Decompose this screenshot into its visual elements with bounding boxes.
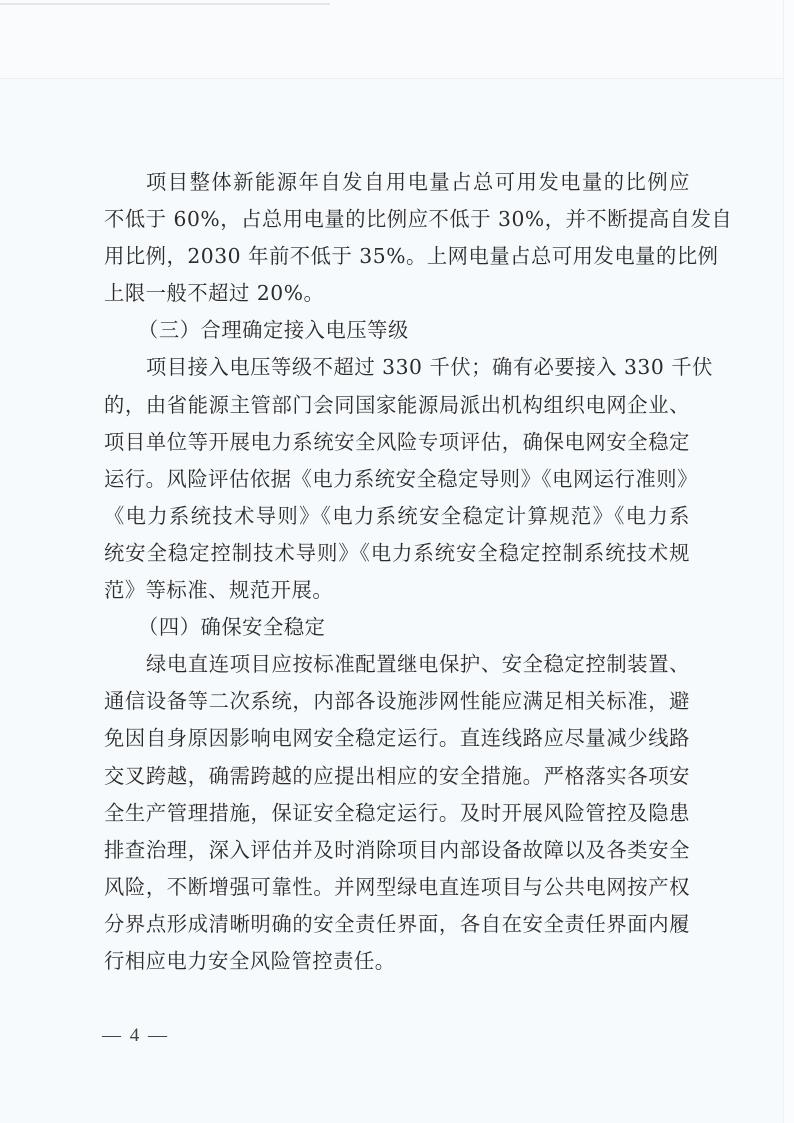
text-line: 通信设备等二次系统，内部各设施涉网性能应满足相关标准，避 bbox=[104, 683, 690, 720]
text-line: 交叉跨越，确需跨越的应提出相应的安全措施。严格落实各项安 bbox=[104, 758, 690, 795]
heading-text: （三）合理确定接入电压等级 bbox=[104, 312, 690, 349]
text-line: 免因自身原因影响电网安全稳定运行。直连线路应尽量减少线路 bbox=[104, 720, 690, 757]
text-line: 分界点形成清晰明确的安全责任界面，各自在安全责任界面内履 bbox=[104, 906, 690, 943]
text-line: 上限一般不超过 20%。 bbox=[104, 275, 690, 312]
text-line: 全生产管理措施，保证安全稳定运行。及时开展风险管控及隐患 bbox=[104, 795, 690, 832]
text-line: 运行。风险评估依据《电力系统安全稳定导则》《电网运行准则》 bbox=[104, 461, 690, 498]
text-line: 项目接入电压等级不超过 330 千伏；确有必要接入 330 千伏 bbox=[104, 349, 690, 386]
section-heading-voltage-level: （三）合理确定接入电压等级 bbox=[104, 312, 690, 349]
page-right-edge bbox=[783, 0, 794, 1123]
section-heading-safety-stability: （四）确保安全稳定 bbox=[104, 609, 690, 646]
text-line: 《电力系统技术导则》《电力系统安全稳定计算规范》《电力系 bbox=[104, 498, 690, 535]
text-line: 统安全稳定控制技术导则》《电力系统安全稳定控制系统技术规 bbox=[104, 535, 690, 572]
text-line: 排查治理，深入评估并及时消除项目内部设备故障以及各类安全 bbox=[104, 832, 690, 869]
text-line: 项目单位等开展电力系统安全风险专项评估，确保电网安全稳定 bbox=[104, 424, 690, 461]
text-line: 的，由省能源主管部门会同国家能源局派出机构组织电网企业、 bbox=[104, 387, 690, 424]
text-line: 不低于 60%，占总用电量的比例应不低于 30%，并不断提高自发自 bbox=[104, 201, 690, 238]
page-number: — 4 — bbox=[102, 1025, 169, 1047]
heading-text: （四）确保安全稳定 bbox=[104, 609, 690, 646]
text-line: 绿电直连项目应按标准配置继电保护、安全稳定控制装置、 bbox=[104, 646, 690, 683]
text-line: 项目整体新能源年自发自用电量占总可用发电量的比例应 bbox=[104, 164, 690, 201]
text-line: 用比例，2030 年前不低于 35%。上网电量占总可用发电量的比例 bbox=[104, 238, 690, 275]
page-top-margin bbox=[0, 0, 794, 79]
paragraph-self-consumption-ratio: 项目整体新能源年自发自用电量占总可用发电量的比例应 不低于 60%，占总用电量的… bbox=[104, 164, 690, 312]
text-line: 风险，不断增强可靠性。并网型绿电直连项目与公共电网按产权 bbox=[104, 869, 690, 906]
scan-edge-line bbox=[0, 3, 330, 5]
document-body: 项目整体新能源年自发自用电量占总可用发电量的比例应 不低于 60%，占总用电量的… bbox=[104, 164, 690, 980]
text-line: 范》等标准、规范开展。 bbox=[104, 572, 690, 609]
paragraph-safety-stability: 绿电直连项目应按标准配置继电保护、安全稳定控制装置、 通信设备等二次系统，内部各… bbox=[104, 646, 690, 980]
text-line: 行相应电力安全风险管控责任。 bbox=[104, 943, 690, 980]
paragraph-voltage-level: 项目接入电压等级不超过 330 千伏；确有必要接入 330 千伏 的，由省能源主… bbox=[104, 349, 690, 609]
